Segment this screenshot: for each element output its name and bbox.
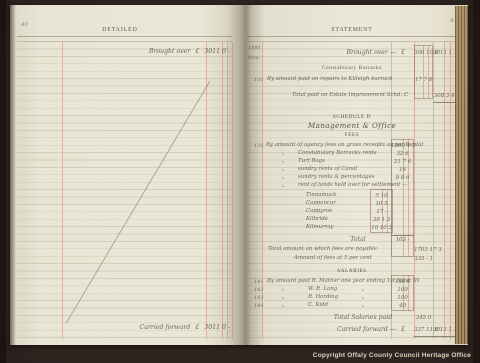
voucher-no: 135: [254, 144, 264, 150]
margin-month: Nov.: [248, 56, 259, 62]
voucher-no: 143: [254, 296, 264, 302]
fees-heading: FEES: [332, 133, 372, 138]
salary-name: R. Harding: [308, 295, 338, 301]
brought-over-row: Brought over —£: [302, 50, 410, 57]
ditto-mark: „: [358, 287, 368, 293]
total-underline: [391, 235, 414, 236]
townland-amount: 17 -: [370, 209, 393, 215]
townland-amount: 10 10 3: [370, 225, 393, 231]
carried-forward-label: Carried forward —: [337, 326, 396, 333]
ledger-book: 40 DETAILED Brought over£3011 0 - Carrie…: [10, 5, 468, 345]
carried-forward-label: Carried forward: [140, 324, 191, 331]
fee-rate-label: Amount of fees at 5 per cent: [294, 256, 372, 262]
entry-label: sundry rents of Canal: [298, 167, 357, 173]
entry-amount: 17 7 6: [414, 77, 433, 83]
salaries-heading: SALARIES: [322, 269, 382, 274]
schedule-heading: Management & Office: [300, 122, 404, 129]
ditto-mark: „: [278, 183, 288, 189]
header-rule: [247, 36, 455, 37]
header-rule: [17, 36, 232, 37]
salary-amount: 100: [391, 295, 414, 301]
voucher-no: 142: [254, 288, 264, 294]
salary-amount: 105 0: [391, 279, 414, 285]
constabulary-heading: Constabulary Barracks: [290, 66, 414, 71]
carried-forward-row: Carried forward —£: [302, 327, 410, 334]
section-total-amount: 308 3 4: [433, 93, 455, 99]
voucher-no: 141: [254, 280, 264, 286]
money-column-rule: [444, 42, 445, 339]
money-column-rule: [433, 42, 434, 339]
section-total-label: Total paid on Estate Improvement Schd. C: [262, 93, 408, 99]
right-page-header: STATEMENT: [310, 28, 394, 34]
currency-symbol: £: [195, 48, 199, 55]
townland-name: Kilbride: [306, 217, 328, 223]
total-underline: [433, 102, 455, 103]
brought-over-amount: 3011 0 -: [204, 48, 230, 55]
carried-forward-amount-col: 337 11 6: [414, 327, 433, 333]
entry-amount: 8 8 6: [391, 175, 414, 181]
ditto-mark: „: [358, 295, 368, 301]
salaries-total-label: Total Salaries paid: [318, 315, 408, 322]
carried-forward-amount: 3011 0 -: [204, 324, 230, 331]
brought-over-label: Brought over: [149, 48, 190, 55]
entry-label: Constabulary Barracks rents: [298, 151, 377, 157]
photo-backdrop: 40 DETAILED Brought over£3011 0 - Carrie…: [0, 0, 480, 363]
currency-symbol: £: [195, 324, 199, 331]
voucher-no: 144: [254, 304, 264, 310]
book-cover-edge: [10, 5, 16, 345]
ditto-mark: „: [278, 167, 288, 173]
margin-rule: [62, 42, 63, 339]
salary-name: C. Kidd: [308, 303, 328, 309]
voucher-no: 131: [254, 78, 264, 84]
ditto-mark: „: [278, 287, 288, 293]
salaries-total-amount: 345 0: [414, 315, 433, 321]
brought-over-label: Brought over —: [346, 49, 396, 56]
ditto-mark: „: [278, 295, 288, 301]
schedule-label: SCHEDULE D: [312, 115, 392, 120]
left-brought-over-row: Brought over£3011 0 -: [70, 49, 230, 56]
brought-over-amount-total: 3011 1 1: [433, 50, 455, 56]
entry-label: Turf Bogs: [298, 159, 325, 165]
fees-payable-label: Total amount on which fees are payable: [268, 247, 377, 253]
left-carried-forward-row: Carried forward£3011 0 -: [70, 325, 230, 332]
townland-amount: 28 1 3: [370, 217, 393, 223]
entry-amount: 21 7 6: [391, 159, 414, 165]
currency-symbol: £: [401, 326, 405, 333]
townland-amount: 10 5: [370, 201, 393, 207]
entry-label: sundry rents & percentages: [298, 175, 375, 181]
margin-year: 1891: [248, 46, 261, 52]
fees-total-amount: 103 -: [391, 237, 414, 243]
photo-edge-shadow-right: [473, 0, 480, 363]
left-page-number: 40: [21, 22, 28, 28]
carried-forward-amount-total: 3011 1 1: [433, 327, 455, 333]
money-column-rule: [450, 42, 451, 339]
money-column-rule: [232, 42, 233, 339]
salary-name: W. R. Long: [308, 287, 337, 293]
entry-amount: 1500 4 3: [391, 143, 414, 149]
entry-label: By amount paid on repairs to Killeigh ba…: [267, 77, 393, 83]
fee-rate-amount: 335 - 1: [414, 256, 433, 262]
ditto-mark: „: [278, 175, 288, 181]
left-page-header: DETAILED: [90, 28, 150, 34]
book-fore-edge: [455, 6, 468, 344]
townland-name: Tinnamuck: [306, 193, 336, 199]
salary-amount: 100: [391, 287, 414, 293]
money-box: [414, 45, 433, 99]
money-column-rule: [222, 42, 223, 339]
ditto-mark: „: [358, 303, 368, 309]
townland-name: Cappancur: [306, 201, 336, 207]
ledger-ruling: [17, 42, 232, 339]
entry-amount: 32 6: [391, 151, 414, 157]
copyright-text: Copyright Offaly County Council Heritage…: [313, 352, 471, 359]
fees-payable-amount: 1703 17 3: [414, 247, 433, 253]
townland-name: Cappyroe: [306, 209, 332, 215]
ditto-mark: „: [278, 303, 288, 309]
entry-amount: 16: [391, 167, 414, 173]
ditto-mark: „: [278, 151, 288, 157]
money-column-rule: [227, 42, 228, 339]
ditto-mark: „: [278, 159, 288, 165]
salary-amount: 40: [391, 303, 414, 309]
townland-name: Kilmurray: [306, 225, 333, 231]
currency-symbol: £: [401, 49, 405, 56]
total-underline: [414, 336, 455, 337]
townland-amount: 5 10: [370, 193, 393, 199]
fees-total-label: Total: [340, 237, 376, 244]
photo-edge-shadow-left: [0, 0, 6, 363]
